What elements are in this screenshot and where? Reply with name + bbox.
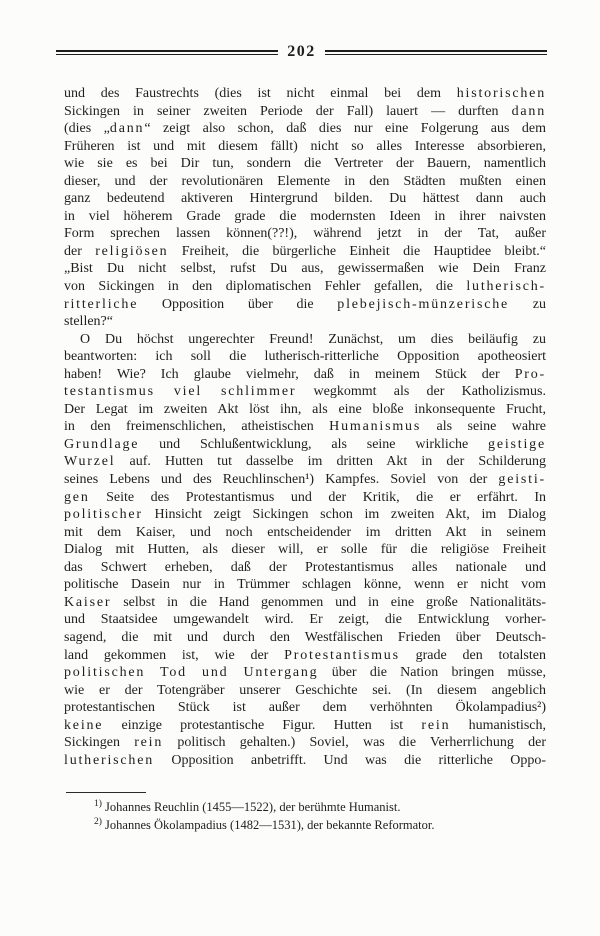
text-segment: Opposition über die [138,297,337,312]
text-line: protestantischen Stück ist außer dem ver… [64,699,546,717]
emphasized-text: Grundlage [64,437,139,452]
footnote-marker: 1) [94,799,102,809]
text-segment: Form sprechen lassen können(??!), währen… [64,226,546,241]
text-segment: und Staatsidee umgewandelt wird. Er zeig… [64,612,546,627]
emphasized-text: Kaiser [64,595,111,610]
text-segment: Opposition anbetrifft. Und was die ritte… [154,753,546,768]
text-segment: haben! Wie? Ich glaube vielmehr, daß in … [64,367,515,382]
text-segment: in den freimenschlichen, atheistischen [64,419,329,434]
text-segment: auf. Hutten tut dasselbe im dritten Akt … [115,454,546,469]
emphasized-text: religiösen [95,244,168,259]
page-number: 202 [287,44,316,60]
text-segment: der [64,244,95,259]
text-line: Dialog mit Hutten, als dieser will, er s… [64,541,546,559]
text-line: beantworten: ich soll die lutherisch-rit… [64,348,546,366]
text-segment: das Schwert erheben, daß der Protestanti… [64,560,546,575]
footnote-text: Johannes Ökolampadius (1482—1531), der b… [102,818,435,832]
text-segment: Früheren ist und mit diesem fällt) nicht… [64,139,546,154]
emphasized-text: geistige [488,437,546,452]
footnote-text: Johannes Reuchlin (1455—1522), der berüh… [102,800,401,814]
text-segment: (dies „ [64,121,110,136]
text-block: und des Faustrechts (dies ist nicht einm… [64,85,546,769]
text-line: politischen Tod und Untergang über die N… [64,664,546,682]
text-segment: einzige protestantische Figur. Hutten is… [103,718,421,733]
text-segment: Hinsicht zeigt Sickingen schon im zweite… [143,507,546,522]
text-line: testantismus viel schlimmer wegkommt als… [64,383,546,401]
text-line: Früheren ist und mit diesem fällt) nicht… [64,138,546,156]
text-line: land gekommen ist, wie der Protestantism… [64,647,546,665]
text-line: Sickingen in seiner zweiten Periode der … [64,103,546,121]
text-line: der religiösen Freiheit, die bürgerliche… [64,243,546,261]
emphasized-text: rein [421,718,450,733]
text-segment: humanistisch, [450,718,546,733]
text-line: politischer Hinsicht zeigt Sickingen sch… [64,506,546,524]
text-segment: “ zeigt also schon, daß dies nur eine Fo… [144,121,546,136]
emphasized-text: Pro- [515,367,546,382]
emphasized-text: Wurzel [64,454,115,469]
text-segment: und des Faustrechts (dies ist nicht einm… [64,86,457,101]
page-header: 202 [56,45,547,60]
emphasized-text: gen [64,490,90,505]
text-segment: Freiheit, die bürgerliche Einheit die Ha… [168,244,546,259]
emphasized-text: testantismus viel schlimmer [64,384,296,399]
text-line: das Schwert erheben, daß der Protestanti… [64,559,546,577]
text-segment: sagend, die mit und durch den Westfälisc… [64,630,546,645]
footnote-item: 1) Johannes Reuchlin (1455—1522), der be… [64,799,546,817]
text-line: seines Lebens und des Reuchlinschen¹) Ka… [64,471,546,489]
emphasized-text: ritterliche [64,297,138,312]
emphasized-text: geisti- [498,472,546,487]
emphasized-text: plebejisch-münzerische [337,297,509,312]
emphasized-text: lutherisch- [466,279,546,294]
text-segment: mit dem Kaiser, und noch entscheidender … [64,525,546,540]
text-line: Kaiser selbst in die Hand genommen und i… [64,594,546,612]
text-segment: stellen?“ [64,314,113,329]
text-line: mit dem Kaiser, und noch entscheidender … [64,524,546,542]
text-line: Wurzel auf. Hutten tut dasselbe im dritt… [64,453,546,471]
text-segment: Der Legat im zweiten Akt löst ihn, als e… [64,402,546,417]
text-segment: land gekommen ist, wie der [64,648,284,663]
text-line: politische Dasein nur in Trümmer schlage… [64,576,546,594]
text-segment: selbst in die Hand genommen und in eine … [111,595,546,610]
header-rule-right [325,50,547,55]
text-segment: beantworten: ich soll die lutherisch-rit… [64,349,546,364]
text-line: Sickingen rein politisch gehalten.) Sovi… [64,734,546,752]
text-line: von Sickingen in den diplomatischen Fehl… [64,278,546,296]
emphasized-text: politischer [64,507,143,522]
footnote-separator [66,792,146,793]
text-segment: ganz bedeutend aktiveren Hintergrund bil… [64,191,546,206]
text-segment: über die Nation bringen müsse, [318,665,546,680]
header-rule-left [56,50,278,55]
text-line: gen Seite des Protestantismus und der Kr… [64,489,546,507]
text-segment: „Bist Du nicht selbst, rufst Du aus, gew… [64,261,546,276]
text-segment: in viel höherem Grade grade die modernst… [64,209,546,224]
text-line: wie sie es bei Dir tun, sondern die Vert… [64,155,546,173]
text-line: „Bist Du nicht selbst, rufst Du aus, gew… [64,260,546,278]
text-segment: seines Lebens und des Reuchlinschen¹) Ka… [64,472,498,487]
text-line: haben! Wie? Ich glaube vielmehr, daß in … [64,366,546,384]
text-segment: wie sie es bei Dir tun, sondern die Vert… [64,156,546,171]
emphasized-text: keine [64,718,103,733]
text-line: (dies „dann“ zeigt also schon, daß dies … [64,120,546,138]
text-line: Form sprechen lassen können(??!), währen… [64,225,546,243]
text-segment: als seine wahre [421,419,546,434]
footnotes-list: 1) Johannes Reuchlin (1455—1522), der be… [64,799,546,834]
text-line: O Du höchst ungerechter Freund! Zunächst… [64,331,546,349]
text-line: in den freimenschlichen, atheistischen H… [64,418,546,436]
text-line: keine einzige protestantische Figur. Hut… [64,717,546,735]
footnotes: 1) Johannes Reuchlin (1455—1522), der be… [64,792,546,834]
text-line: ganz bedeutend aktiveren Hintergrund bil… [64,190,546,208]
text-line: in viel höherem Grade grade die modernst… [64,208,546,226]
text-segment: politische Dasein nur in Trümmer schlage… [64,577,546,592]
text-line: dieser, und der revolutionären Elemente … [64,173,546,191]
text-segment: wegkommt als der Katholizismus. [296,384,546,399]
text-line: und Staatsidee umgewandelt wird. Er zeig… [64,611,546,629]
emphasized-text: rein [134,735,163,750]
text-segment: wie er der Totengräber unserer Geschicht… [64,683,546,698]
text-segment: und Schlußentwicklung, als seine wirklic… [139,437,488,452]
text-segment: grade den totalsten [400,648,546,663]
text-segment: protestantischen Stück ist außer dem ver… [64,700,546,715]
emphasized-text: Humanismus [329,419,421,434]
text-line: lutherischen Opposition anbetrifft. Und … [64,752,546,770]
text-line: und des Faustrechts (dies ist nicht einm… [64,85,546,103]
text-segment: von Sickingen in den diplomatischen Fehl… [64,279,466,294]
text-segment: Sickingen [64,735,134,750]
text-segment: zu [509,297,546,312]
text-segment: Sickingen in seiner zweiten Periode der … [64,104,512,119]
footnote-item: 2) Johannes Ökolampadius (1482—1531), de… [64,817,546,835]
emphasized-text: dann [110,121,144,136]
text-segment: Dialog mit Hutten, als dieser will, er s… [64,542,546,557]
text-segment: politisch gehalten.) Soviel, was die Ver… [163,735,546,750]
text-line: wie er der Totengräber unserer Geschicht… [64,682,546,700]
text-segment: Seite des Protestantismus und der Kritik… [90,490,546,505]
text-line: Grundlage und Schlußentwicklung, als sei… [64,436,546,454]
text-segment: O Du höchst ungerechter Freund! Zunächst… [80,332,546,347]
text-line: stellen?“ [64,313,546,331]
text-line: sagend, die mit und durch den Westfälisc… [64,629,546,647]
emphasized-text: lutherischen [64,753,154,768]
text-segment: dieser, und der revolutionären Elemente … [64,174,546,189]
text-line: Der Legat im zweiten Akt löst ihn, als e… [64,401,546,419]
emphasized-text: dann [512,104,546,119]
footnote-marker: 2) [94,816,102,826]
emphasized-text: politischen Tod und Untergang [64,665,318,680]
emphasized-text: historischen [457,86,546,101]
text-line: ritterliche Opposition über die plebejis… [64,296,546,314]
book-page: 202 und des Faustrechts (dies ist nicht … [0,0,600,936]
emphasized-text: Protestantismus [284,648,400,663]
